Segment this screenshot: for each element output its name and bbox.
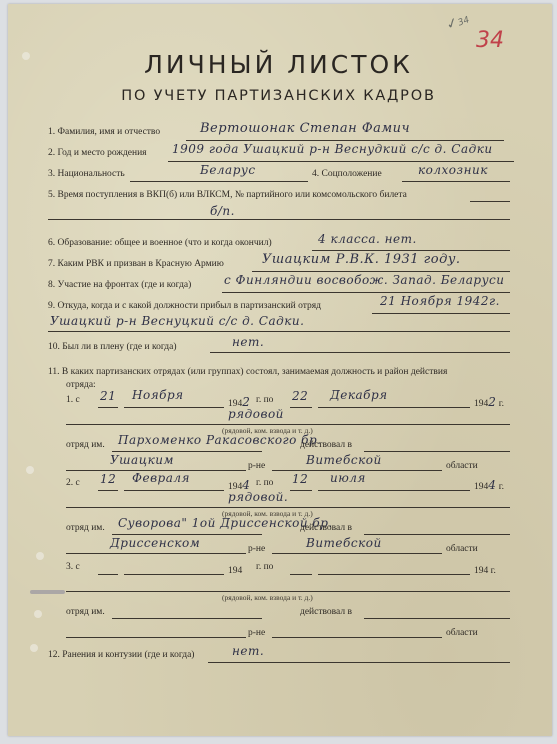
field-5-value: б/п. bbox=[210, 204, 235, 218]
document-title: ЛИЧНЫЙ ЛИСТОК bbox=[0, 50, 557, 79]
entry-to-year: 1942 г. bbox=[474, 395, 504, 409]
entry-to-label: г. по bbox=[256, 395, 273, 405]
field-12-value: нет. bbox=[232, 644, 264, 658]
field-12-label: 12. Ранения и контузии (где и когда) bbox=[48, 650, 194, 660]
punch-hole bbox=[34, 610, 42, 618]
entry-district-label: р-не bbox=[248, 628, 265, 638]
field-11-label-cont: отряда: bbox=[66, 380, 96, 390]
entry-position: рядовой. bbox=[228, 490, 288, 504]
document-subtitle: ПО УЧЕТУ ПАРТИЗАНСКИХ КАДРОВ bbox=[0, 88, 557, 104]
entry-unit: Пархоменко Ракасовского бр. bbox=[118, 433, 321, 447]
entry-from-month: Ноября bbox=[132, 388, 184, 402]
entry-district-label: р-не bbox=[248, 544, 265, 554]
entry-acted-label: действовал в bbox=[300, 440, 352, 450]
entry-from-month: Февраля bbox=[132, 471, 190, 485]
field-9-value-line2: Ушацкий р-н Веснуцкий с/с д. Садки. bbox=[50, 314, 304, 328]
field-9-label: 9. Откуда, когда и с какой должности при… bbox=[48, 301, 321, 311]
entry-from-year: 194 bbox=[228, 562, 242, 576]
entry-number: 3. с bbox=[66, 562, 80, 572]
field-1-label: 1. Фамилия, имя и отчество bbox=[48, 127, 160, 137]
entry-to-year: 1944 г. bbox=[474, 478, 504, 492]
entry-unit-label: отряд им. bbox=[66, 440, 105, 450]
field-8-value: с Финляндии восвобож. Запад. Беларуси bbox=[224, 273, 505, 287]
entry-to-label: г. по bbox=[256, 562, 273, 572]
entry-oblast-label: области bbox=[446, 461, 478, 471]
entry-to-day: 12 bbox=[292, 472, 308, 486]
entry-oblast-label: области bbox=[446, 544, 478, 554]
field-3-value: Беларус bbox=[200, 163, 256, 177]
ink-smudge bbox=[30, 590, 65, 594]
field-10-value: нет. bbox=[232, 335, 264, 349]
entry-to-label: г. по bbox=[256, 478, 273, 488]
entry-to-year: 194 г. bbox=[474, 562, 496, 576]
entry-position: рядовой bbox=[228, 407, 284, 421]
field-6-value: 4 класса. нет. bbox=[318, 232, 417, 246]
entry-number: 2. с bbox=[66, 478, 80, 488]
entry-acted-label: действовал в bbox=[300, 523, 352, 533]
punch-hole bbox=[26, 466, 34, 474]
field-1-value: Вертошонак Степан Фамич bbox=[200, 121, 410, 136]
field-2-value: 1909 года Ушацкий р-н Веснудкий с/с д. С… bbox=[172, 142, 493, 156]
entry-unit-label: отряд им. bbox=[66, 523, 105, 533]
entry-oblast: Витебской bbox=[306, 536, 382, 550]
entry-position-hint: (рядовой, ком. взвода и т. д.) bbox=[222, 593, 313, 602]
entry-to-day: 22 bbox=[292, 389, 308, 403]
entry-to-month: июля bbox=[330, 471, 366, 485]
entry-unit-label: отряд им. bbox=[66, 607, 105, 617]
field-11-label: 11. В каких партизанских отрядах (или гр… bbox=[48, 367, 447, 377]
field-2-label: 2. Год и место рождения bbox=[48, 148, 147, 158]
field-5-label: 5. Время поступления в ВКП(б) или ВЛКСМ,… bbox=[48, 190, 407, 200]
field-8-label: 8. Участие на фронтах (где и когда) bbox=[48, 280, 191, 290]
field-7-label: 7. Каким РВК и призван в Красную Армию bbox=[48, 259, 224, 269]
entry-from-day: 12 bbox=[100, 472, 116, 486]
entry-oblast: Витебской bbox=[306, 453, 382, 467]
entry-oblast-label: области bbox=[446, 628, 478, 638]
field-9-value: 21 Ноября 1942г. bbox=[380, 294, 500, 308]
entry-district-label: р-не bbox=[248, 461, 265, 471]
field-4-label: 4. Соцположение bbox=[312, 169, 382, 179]
entry-to-month: Декабря bbox=[330, 388, 388, 402]
punch-hole bbox=[36, 552, 44, 560]
field-6-label: 6. Образование: общее и военное (что и к… bbox=[48, 238, 272, 248]
field-3-label: 3. Национальность bbox=[48, 169, 125, 179]
field-4-value: колхозник bbox=[418, 163, 488, 177]
field-10-label: 10. Был ли в плену (где и когда) bbox=[48, 342, 177, 352]
field-7-value: Ушацким Р.В.К. 1931 году. bbox=[262, 252, 461, 267]
entry-district: Ушацким bbox=[110, 453, 174, 467]
entry-from-day: 21 bbox=[100, 389, 116, 403]
punch-hole bbox=[30, 644, 38, 652]
entry-acted-label: действовал в bbox=[300, 607, 352, 617]
entry-number: 1. с bbox=[66, 395, 80, 405]
entry-district: Дриссенском bbox=[110, 536, 200, 550]
